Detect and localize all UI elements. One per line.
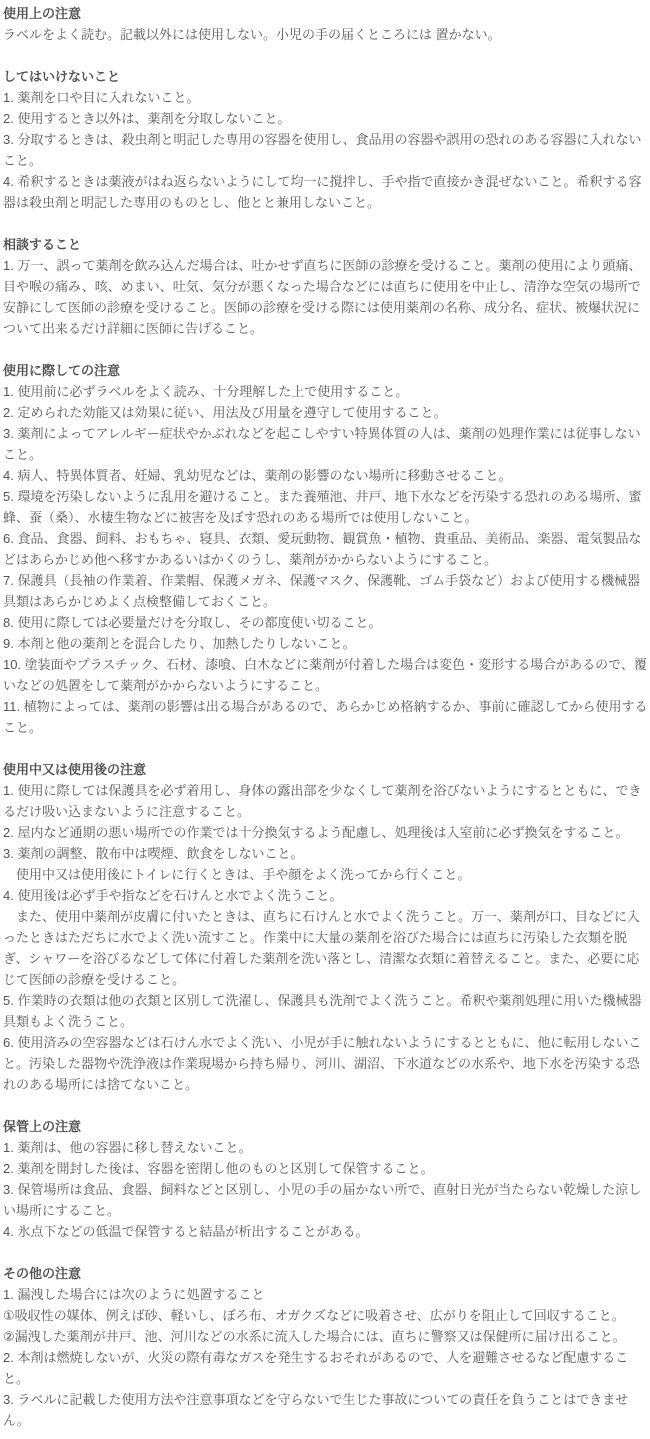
paragraph: ラベルをよく読む。記載以外には使用しない。小児の手の届くところには 置かない。 (3, 24, 648, 45)
list-item: 4. 氷点下などの低温で保管すると結晶が析出することがある。 (3, 1221, 648, 1242)
list-item: 4. 病人、特異体質者、妊婦、乳幼児などは、薬剤の影響のない場所に移動させること… (3, 465, 648, 486)
list-item: ①吸収性の媒体、例えば砂、軽いし、ぼろ布、オガクズなどに吸着させ、広がりを阻止し… (3, 1305, 648, 1326)
section-heading: その他の注意 (3, 1263, 648, 1284)
section-use-precautions: 使用に際しての注意 1. 使用前に必ずラベルをよく読み、十分理解した上で使用する… (3, 360, 648, 738)
list-item: 2. 使用するとき以外は、薬剤を分取しないこと。 (3, 108, 648, 129)
section-prohibitions: してはいけないこと 1. 薬剤を口や目に入れないこと。 2. 使用するとき以外は… (3, 66, 648, 213)
section-heading: 使用中又は使用後の注意 (3, 759, 648, 780)
list-item: 5. 環境を汚染しないように乱用を避けること。また養殖池、井戸、地下水などを汚染… (3, 486, 648, 528)
section-other-precautions: その他の注意 1. 漏洩した場合には次のように処置すること ①吸収性の媒体、例え… (3, 1263, 648, 1431)
list-item: 8. 使用に際しては必要量だけを分取し、その都度使い切ること。 (3, 612, 648, 633)
list-item: 10. 塗装面やプラスチック、石材、漆喰、白木などに薬剤が付着した場合は変色・変… (3, 654, 648, 696)
list-item: 1. 薬剤を口や目に入れないこと。 (3, 87, 648, 108)
list-item: 3. 薬剤の調整、散布中は喫煙、飲食をしないこと。 (3, 843, 648, 864)
list-item: 2. 薬剤を開封した後は、容器を密閉し他のものと区別して保管すること。 (3, 1158, 648, 1179)
list-item: 7. 保護具（長袖の作業着、作業帽、保護メガネ、保護マスク、保護靴、ゴム手袋など… (3, 570, 648, 612)
section-heading: 保管上の注意 (3, 1116, 648, 1137)
list-item-continuation: 使用中又は使用後にトイレに行くときは、手や顔をよく洗ってから行くこと。 (3, 864, 648, 885)
list-item: 3. 薬剤によってアレルギー症状やかぶれなどを起こしやすい特異体質の人は、薬剤の… (3, 423, 648, 465)
section-usage-precautions: 使用上の注意 ラベルをよく読む。記載以外には使用しない。小児の手の届くところには… (3, 3, 648, 45)
list-item: 3. 保管場所は食品、食器、飼料などと区別し、小児の手の届かない所で、直射日光が… (3, 1179, 648, 1221)
section-during-after-use: 使用中又は使用後の注意 1. 使用に際しては保護具を必ず着用し、身体の露出部を少… (3, 759, 648, 1095)
list-item: 1. 漏洩した場合には次のように処置すること (3, 1284, 648, 1305)
list-item: 5. 作業時の衣類は他の衣類と区別して洗濯し、保護具も洗剤でよく洗うこと。希釈や… (3, 990, 648, 1032)
list-item: 9. 本剤と他の薬剤とを混合したり、加熱したりしないこと。 (3, 633, 648, 654)
list-item: 2. 定められた効能又は効果に従い、用法及び用量を遵守して使用すること。 (3, 402, 648, 423)
list-item: 4. 希釈するときは薬液がはね返らないようにして均一に撹拌し、手や指で直接かき混… (3, 171, 648, 213)
section-heading: 相談すること (3, 234, 648, 255)
list-item: 1. 薬剤は、他の容器に移し替えないこと。 (3, 1137, 648, 1158)
list-item: 1. 使用に際しては保護具を必ず着用し、身体の露出部を少なくして薬剤を浴びないよ… (3, 780, 648, 822)
list-item: 2. 本剤は燃焼しないが、火災の際有毒なガスを発生するおそれがあるので、人を避難… (3, 1347, 648, 1389)
document: 使用上の注意 ラベルをよく読む。記載以外には使用しない。小児の手の届くところには… (0, 0, 650, 1439)
list-item: 3. 分取するときは、殺虫剤と明記した専用の容器を使用し、食品用の容器や誤用の恐… (3, 129, 648, 171)
section-heading: 使用に際しての注意 (3, 360, 648, 381)
list-item: ②漏洩した薬剤が井戸、池、河川などの水系に流入した場合には、直ちに警察又は保健所… (3, 1326, 648, 1347)
section-heading: 使用上の注意 (3, 3, 648, 24)
list-item: 2. 屋内など通期の悪い場所での作業では十分換気するよう配慮し、処理後は入室前に… (3, 822, 648, 843)
list-item: 6. 使用済みの空容器などは石けん水でよく洗い、小児が手に触れないようにするとと… (3, 1032, 648, 1095)
list-item: 1. 万一、誤って薬剤を飲み込んだ場合は、吐かせず直ちに医師の診療を受けること。… (3, 255, 648, 339)
list-item: 4. 使用後は必ず手や指などを石けんと水でよく洗うこと。 (3, 885, 648, 906)
list-item: 1. 使用前に必ずラベルをよく読み、十分理解した上で使用すること。 (3, 381, 648, 402)
list-item: 6. 食品、食器、飼料、おもちゃ、寝具、衣類、愛玩動物、観賞魚・植物、貴重品、美… (3, 528, 648, 570)
list-item: 3. ラベルに記載した使用方法や注意事項などを守らないで生じた事故についての責任… (3, 1389, 648, 1431)
list-item-continuation: また、使用中薬剤が皮膚に付いたときは、直ちに石けんと水でよく洗うこと。万一、薬剤… (3, 906, 648, 990)
section-heading: してはいけないこと (3, 66, 648, 87)
section-consultation: 相談すること 1. 万一、誤って薬剤を飲み込んだ場合は、吐かせず直ちに医師の診療… (3, 234, 648, 339)
section-storage: 保管上の注意 1. 薬剤は、他の容器に移し替えないこと。 2. 薬剤を開封した後… (3, 1116, 648, 1242)
list-item: 11. 植物によっては、薬剤の影響は出る場合があるので、あらかじめ格納するか、事… (3, 696, 648, 738)
